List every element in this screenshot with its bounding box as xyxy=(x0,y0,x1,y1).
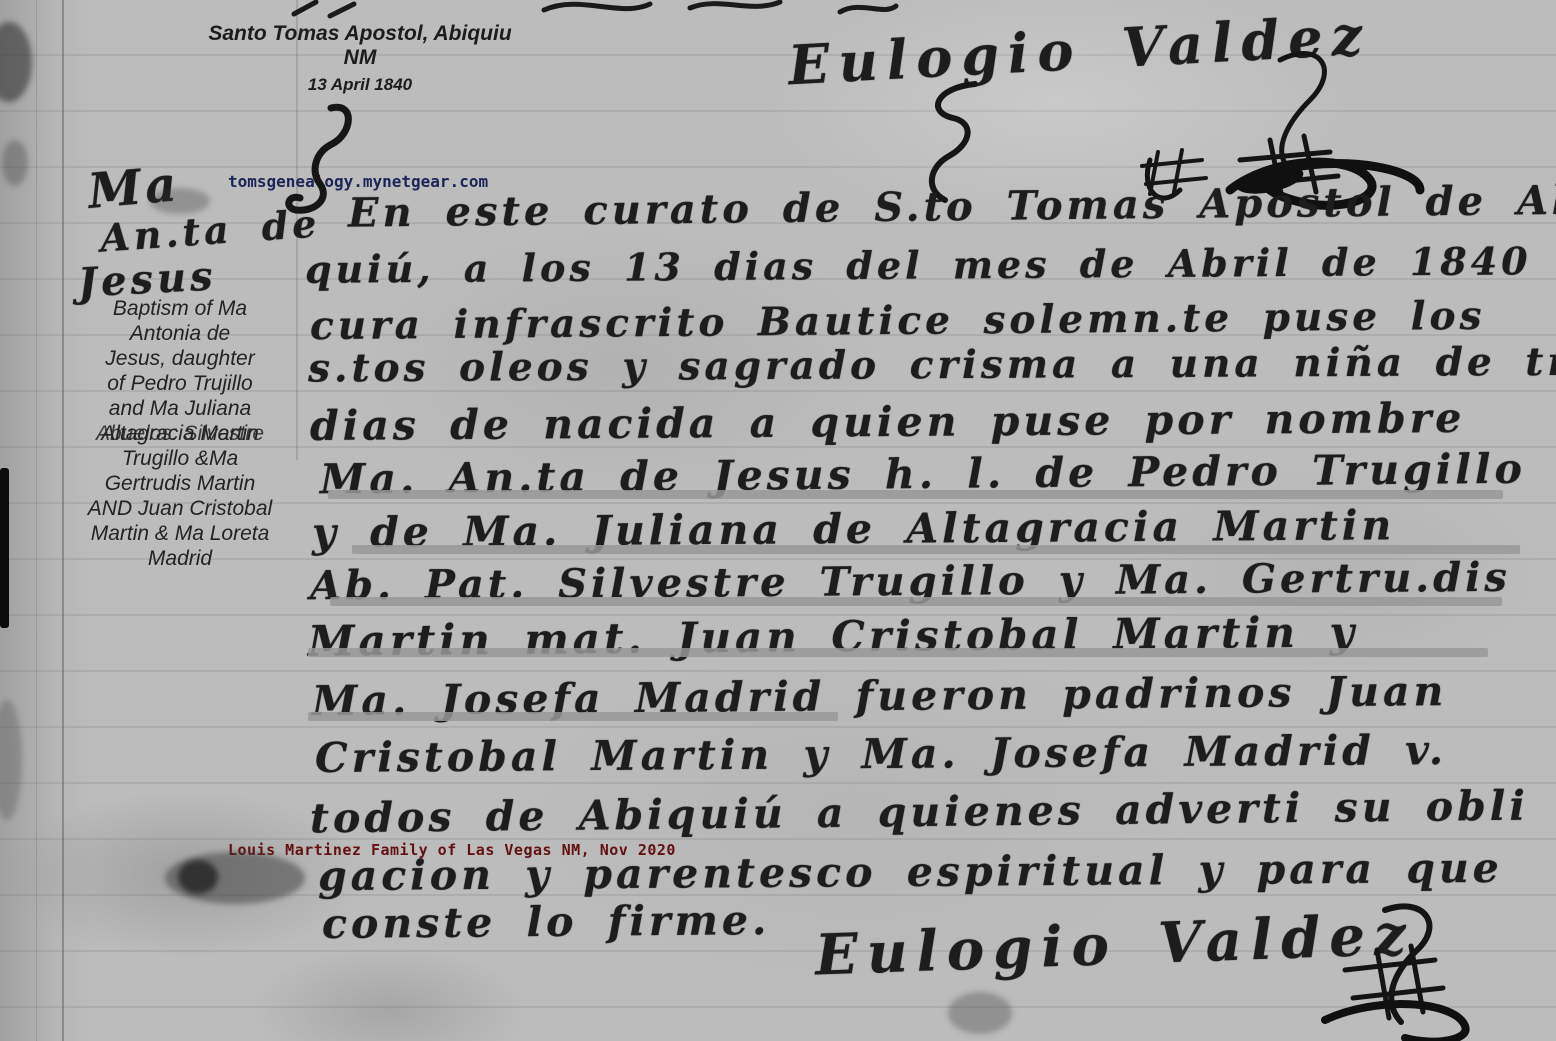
sidebar-line: Gertrudis Martin xyxy=(60,471,300,496)
sidebar-line: Madrid xyxy=(60,546,300,571)
highlight-underline xyxy=(308,648,1488,657)
highlight-underline xyxy=(308,712,838,721)
manuscript-line: s.tos oleos y sagrado crisma a una niña … xyxy=(308,339,1556,392)
ink-smudge xyxy=(178,860,218,894)
manuscript-line: quiú, a los 13 dias del mes de Abril de … xyxy=(305,237,1556,292)
sidebar-annotation: Baptism of Ma Antonia de Jesus, daughter… xyxy=(60,296,300,571)
manuscript-line: En este curato de S.to Tomas Apostol de … xyxy=(348,176,1556,236)
sidebar-line: AND Juan Cristobal xyxy=(60,496,300,521)
ink-smudge xyxy=(948,992,1012,1034)
scan-edge-smudge xyxy=(0,22,32,102)
margin-line-outer xyxy=(36,0,37,1041)
manuscript-line: dias de nacida a quien puse por nombre xyxy=(310,394,1466,450)
scan-edge-smudge xyxy=(0,700,22,820)
signature-rubric-icon xyxy=(1265,900,1505,1041)
sidebar-line: Baptism of Ma xyxy=(60,296,300,321)
scan-edge-bar xyxy=(0,468,9,628)
sidebar-overlap-line: Abuelos: Silvestre xyxy=(96,421,264,446)
header-date-text: 13 April 1840 xyxy=(200,75,520,95)
manuscript-line: Cristobal Martin y Ma. Josefa Madrid v. xyxy=(315,726,1447,782)
sidebar-line: Trugillo &Ma xyxy=(60,446,300,471)
sidebar-line: Martin & Ma Loreta xyxy=(60,521,300,546)
sidebar-line-overlapped: Altagracia Martin Abuelos: Silvestre xyxy=(60,421,300,446)
ink-smudge xyxy=(150,188,210,214)
top-edge-strokes xyxy=(290,0,360,18)
sidebar-line: Jesus, daughter xyxy=(60,346,300,371)
header-location-text: Santo Tomas Apostol, Abiquiu NM xyxy=(200,22,520,70)
highlight-underline xyxy=(328,490,1503,499)
sidebar-line: of Pedro Trujillo xyxy=(60,371,300,396)
manuscript-line: conste lo firme. xyxy=(322,896,771,948)
scan-edge-smudge xyxy=(2,140,28,186)
credit-text: Louis Martinez Family of Las Vegas NM, N… xyxy=(228,841,676,859)
highlight-underline xyxy=(352,545,1520,554)
header-annotation: Santo Tomas Apostol, Abiquiu NM 13 April… xyxy=(200,22,520,95)
sidebar-line: Antonia de xyxy=(60,321,300,346)
manuscript-line: todos de Abiquiú a quienes adverti su ob… xyxy=(310,782,1529,843)
sidebar-line: and Ma Juliana xyxy=(60,396,300,421)
scanned-register-page: Santo Tomas Apostol, Abiquiu NM 13 April… xyxy=(0,0,1556,1041)
highlight-underline xyxy=(330,597,1502,606)
top-edge-strokes xyxy=(540,0,900,30)
